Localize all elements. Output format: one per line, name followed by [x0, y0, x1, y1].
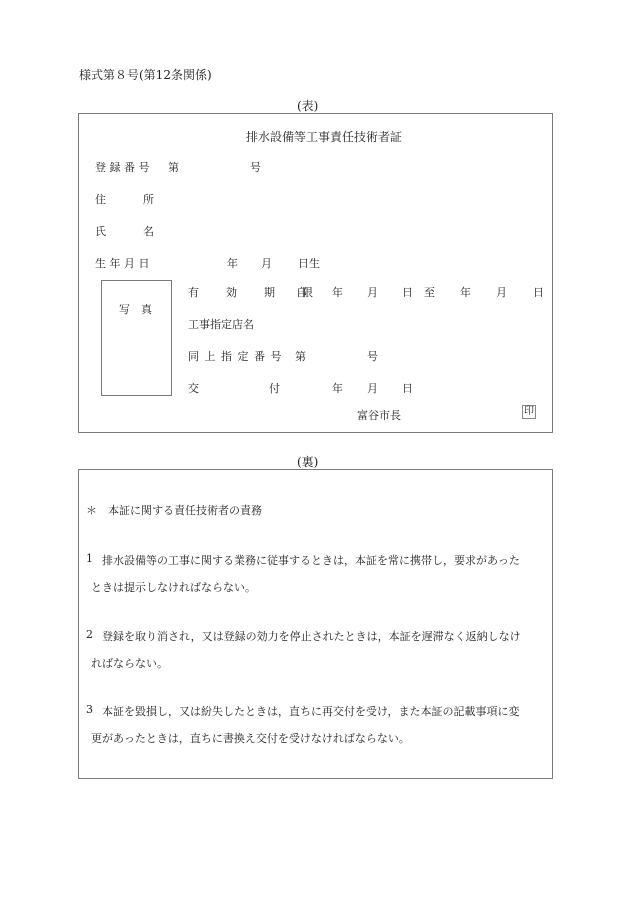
- birth-day: 日生: [298, 255, 320, 271]
- front-side-label: (表): [297, 97, 318, 114]
- duty-line: 本証を毀損し，又は紛失したときは，直ちに再交付を受け，また本証の記載事項に変: [102, 703, 520, 719]
- validity-to-day: 日: [533, 284, 544, 300]
- validity-from-year: 年: [332, 284, 343, 300]
- issuer: 富谷市長: [357, 407, 401, 423]
- duty-line: 更があったときは，直ちに書換え交付を受けなければならない。: [91, 730, 410, 746]
- back-heading: 本証に関する責任技術者の責務: [108, 502, 262, 518]
- issue-day: 日: [402, 380, 413, 396]
- issue-label-2: 付: [269, 380, 280, 396]
- duty-line: ればならない。: [91, 655, 168, 671]
- issue-year: 年: [332, 380, 343, 396]
- duty-line: 登録を取り消され，又は登録の効力を停止されたときは，本証を遅滞なく返納しなけ: [102, 628, 521, 644]
- name-label-1: 氏: [95, 223, 106, 239]
- photo-label: 写 真: [119, 301, 152, 317]
- contractor-number-prefix: 第: [295, 348, 306, 364]
- duty-line: ときは提示しなければならない。: [91, 579, 256, 595]
- validity-from-month: 月: [367, 284, 378, 300]
- card-title: 排水設備等工事責任技術者証: [246, 128, 402, 145]
- seal-stamp: 印: [522, 405, 536, 419]
- address-label-2: 所: [143, 191, 154, 207]
- registration-suffix: 号: [250, 159, 261, 175]
- duty-number: 2: [86, 628, 93, 641]
- form-number: 様式第８号(第12条関係): [79, 66, 212, 83]
- address-label-1: 住: [95, 191, 106, 207]
- validity-from: 自: [296, 284, 307, 300]
- back-side-label: (裏): [297, 453, 318, 470]
- validity-to-year: 年: [460, 284, 471, 300]
- contractor-number-suffix: 号: [367, 348, 378, 364]
- birth-month: 月: [261, 255, 272, 271]
- registration-label: 登 録 番 号: [95, 159, 150, 175]
- registration-prefix: 第: [168, 159, 179, 175]
- contractor-label: 工事指定店名: [188, 316, 254, 332]
- issue-month: 月: [367, 380, 378, 396]
- duty-number: 3: [86, 703, 93, 716]
- issue-label-1: 交: [188, 380, 199, 396]
- validity-to-month: 月: [496, 284, 507, 300]
- validity-from-day: 日: [402, 284, 413, 300]
- contractor-number-label: 同 上 指 定 番 号: [188, 348, 282, 364]
- birth-year: 年: [227, 255, 238, 271]
- heading-mark: ＊: [86, 502, 97, 518]
- duty-number: 1: [86, 552, 93, 565]
- birth-label: 生 年 月 日: [95, 255, 150, 271]
- validity-to: 至: [424, 284, 435, 300]
- photo-box: [101, 280, 172, 396]
- duty-line: 排水設備等の工事に関する業務に従事するときは，本証を常に携帯し，要求があった: [102, 552, 520, 568]
- name-label-2: 名: [143, 223, 154, 239]
